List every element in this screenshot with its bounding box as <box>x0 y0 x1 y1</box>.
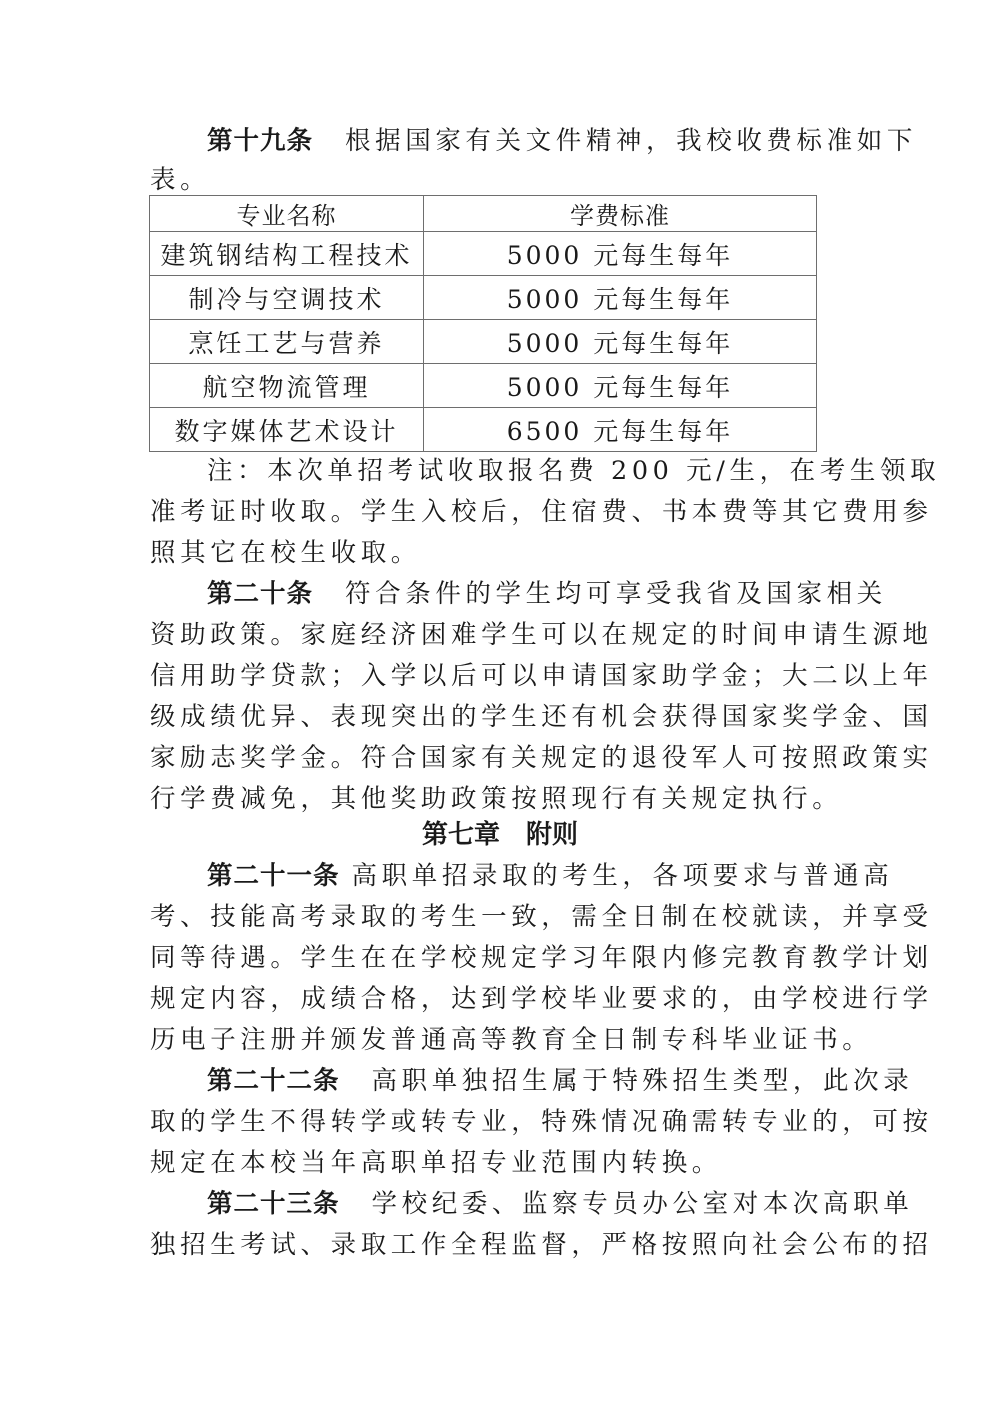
table-header-row: 专业名称 学费标准 <box>150 196 817 232</box>
article-20-line: 行学费减免，其他奖助政策按照现行有关规定执行。 <box>150 784 850 814</box>
article-22-line: 规定在本校当年高职单招专业范围内转换。 <box>150 1148 850 1178</box>
header-fee: 学费标准 <box>424 196 817 232</box>
note-line-2: 准考证时收取。学生入校后，住宿费、书本费等其它费用参 <box>150 497 850 527</box>
fee-cell: 5000 元每生每年 <box>424 364 817 408</box>
major-cell: 数字媒体艺术设计 <box>150 408 424 452</box>
header-major: 专业名称 <box>150 196 424 232</box>
fee-cell: 6500 元每生每年 <box>424 408 817 452</box>
article-23-line-1: 第二十三条学校纪委、监察专员办公室对本次高职单 <box>207 1189 907 1219</box>
table-row: 烹饪工艺与营养 5000 元每生每年 <box>150 320 817 364</box>
article-23-line: 独招生考试、录取工作全程监督，严格按照向社会公布的招 <box>150 1230 850 1260</box>
document-page: 第十九条根据国家有关文件精神，我校收费标准如下 表。 专业名称 学费标准 建筑钢… <box>0 0 1000 1414</box>
article-19-title: 第十九条 <box>207 126 313 156</box>
note-line-1: 注：本次单招考试收取报名费 200 元/生，在考生领取 <box>207 456 907 486</box>
major-cell: 航空物流管理 <box>150 364 424 408</box>
article-21-line: 历电子注册并颁发普通高等教育全日制专科毕业证书。 <box>150 1025 850 1055</box>
table-row: 航空物流管理 5000 元每生每年 <box>150 364 817 408</box>
fee-table: 专业名称 学费标准 建筑钢结构工程技术 5000 元每生每年 制冷与空调技术 5… <box>149 195 817 452</box>
article-22-line-1: 第二十二条高职单独招生属于特殊招生类型，此次录 <box>207 1066 907 1096</box>
table-row: 建筑钢结构工程技术 5000 元每生每年 <box>150 232 817 276</box>
fee-cell: 5000 元每生每年 <box>424 320 817 364</box>
article-20-title: 第二十条 <box>207 579 313 609</box>
article-20-line: 资助政策。家庭经济困难学生可以在规定的时间申请生源地 <box>150 620 850 650</box>
article-21-line-1: 第二十一条高职单招录取的考生，各项要求与普通高 <box>207 861 907 891</box>
article-21-line: 规定内容，成绩合格，达到学校毕业要求的，由学校进行学 <box>150 984 850 1014</box>
article-20-line-1: 第二十条符合条件的学生均可享受我省及国家相关 <box>207 579 907 609</box>
article-22-line: 取的学生不得转学或转专业，特殊情况确需转专业的，可按 <box>150 1107 850 1137</box>
article-20-line: 级成绩优异、表现突出的学生还有机会获得国家奖学金、国 <box>150 702 850 732</box>
major-cell: 烹饪工艺与营养 <box>150 320 424 364</box>
article-19-line-1: 第十九条根据国家有关文件精神，我校收费标准如下 <box>207 126 907 156</box>
major-cell: 制冷与空调技术 <box>150 276 424 320</box>
article-22-title: 第二十二条 <box>207 1066 340 1096</box>
article-21-line: 考、技能高考录取的考生一致，需全日制在校就读，并享受 <box>150 902 850 932</box>
article-20-line: 家励志奖学金。符合国家有关规定的退役军人可按照政策实 <box>150 743 850 773</box>
chapter-heading: 第七章 附则 <box>0 818 1000 852</box>
article-23-title: 第二十三条 <box>207 1189 340 1219</box>
note-line-3: 照其它在校生收取。 <box>150 538 850 568</box>
table-row: 数字媒体艺术设计 6500 元每生每年 <box>150 408 817 452</box>
fee-cell: 5000 元每生每年 <box>424 232 817 276</box>
table-row: 制冷与空调技术 5000 元每生每年 <box>150 276 817 320</box>
article-21-line: 同等待遇。学生在在学校规定学习年限内修完教育教学计划 <box>150 943 850 973</box>
article-21-title: 第二十一条 <box>207 861 340 891</box>
major-cell: 建筑钢结构工程技术 <box>150 232 424 276</box>
fee-cell: 5000 元每生每年 <box>424 276 817 320</box>
article-20-line: 信用助学贷款；入学以后可以申请国家助学金；大二以上年 <box>150 661 850 691</box>
article-19-line-2: 表。 <box>150 165 850 195</box>
